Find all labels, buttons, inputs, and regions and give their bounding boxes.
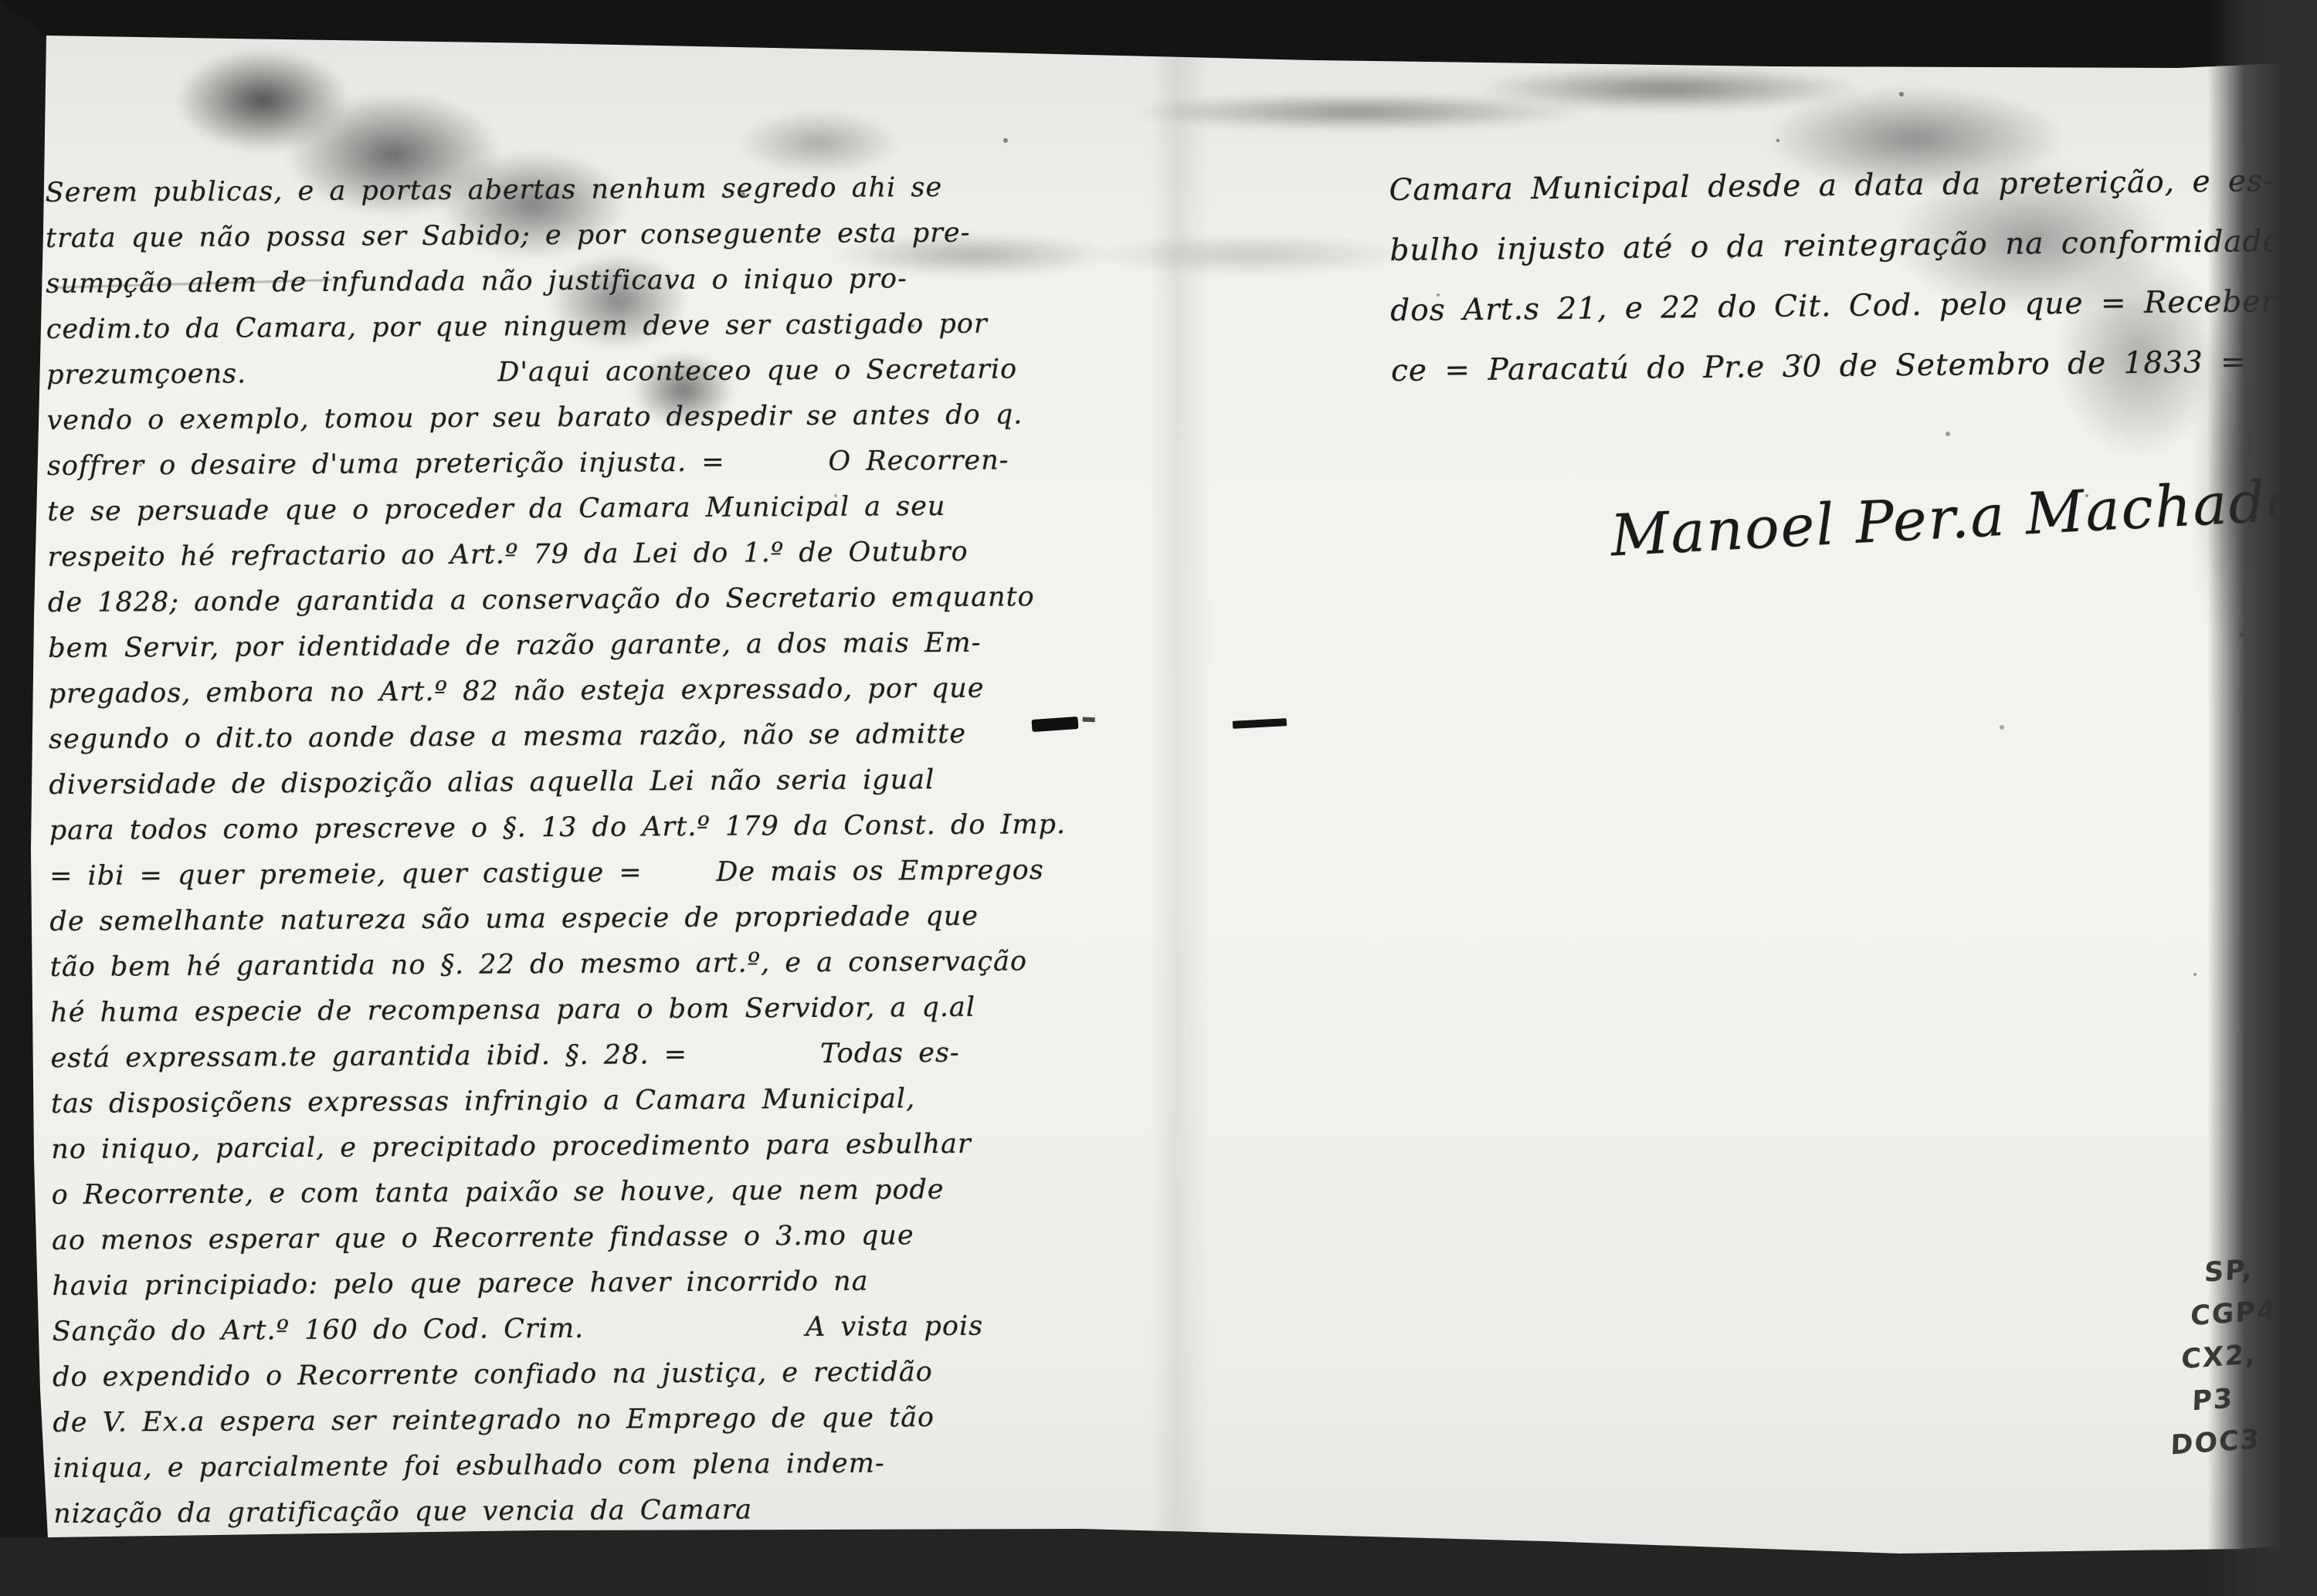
manuscript-line: havia principiado: pelo que parece haver… (52, 1265, 1071, 1316)
manuscript-line: dos Art.s 21, e 22 do Cit. Cod. pelo que… (1390, 284, 2295, 354)
manuscript-line: hé huma especie de recompensa para o bom… (50, 991, 1070, 1043)
manuscript-line: ce = Paracatú do Pr.e 30 de Setembro de … (1391, 344, 2295, 414)
manuscript-line: tas disposiçõens expressas infringio a C… (51, 1083, 1070, 1134)
manuscript-line: de 1828; aonde garantida a conservação d… (48, 581, 1067, 633)
manuscript-line: trata que não possa ser Sabido; e por co… (46, 217, 1065, 269)
manuscript-line: o Recorrente, e com tanta paixão se houv… (52, 1174, 1071, 1225)
manuscript-line: pregados, embora no Art.º 82 não esteja … (49, 673, 1068, 724)
manuscript-line: do expendido o Recorrente confiado na ju… (53, 1356, 1072, 1408)
manuscript-line: respeito hé refractario ao Art.º 79 da L… (47, 536, 1067, 588)
manuscript-scan: Serem publicas, e a portas abertas nenhu… (0, 0, 2317, 1596)
manuscript-line: prezumçoens. D'aqui aconteceo que o Secr… (46, 354, 1066, 405)
manuscript-line: Serem publicas, e a portas abertas nenhu… (46, 171, 1065, 223)
manuscript-line: te se persuade que o proceder da Camara … (47, 490, 1067, 542)
manuscript-line: ao menos esperar que o Recorrente findas… (52, 1219, 1071, 1271)
manuscript-line: iniqua, e parcialmente foi esbulhado com… (53, 1447, 1073, 1499)
manuscript-line: vendo o exemplo, tomou por seu barato de… (46, 399, 1066, 451)
manuscript-line: = ibi = quer premeie, quer castigue = De… (49, 855, 1069, 906)
manuscript-line: bulho injusto até o da reintegração na c… (1389, 224, 2294, 293)
manuscript-line: de semelhante natureza são uma especie d… (49, 900, 1069, 952)
manuscript-line: para todos como prescreve o §. 13 do Art… (49, 809, 1069, 861)
manuscript-line: diversidade de dispozição alias aquella … (49, 764, 1068, 815)
manuscript-line: cedim.to da Camara, por que ninguem deve… (46, 308, 1066, 360)
manuscript-line: no iniquo, parcial, e precipitado proced… (51, 1128, 1070, 1180)
manuscript-line: Camara Municipal desde a data da preteri… (1389, 164, 2293, 233)
manuscript-line: segundo o dit.to aonde dase a mesma razã… (49, 718, 1068, 770)
manuscript-line: tão bem hé garantida no §. 22 do mesmo a… (50, 946, 1070, 998)
manuscript-line: de V. Ex.a espera ser reintegrado no Emp… (53, 1401, 1072, 1453)
right-page-text: Camara Municipal desde a data da preteri… (1389, 164, 2295, 414)
manuscript-line: sumpção alem de infundada não justificav… (46, 263, 1065, 314)
manuscript-line: está expressam.te garantida ibid. §. 28.… (50, 1037, 1070, 1089)
manuscript-line: bem Servir, por identidade de razão gara… (48, 627, 1067, 679)
manuscript-line: soffrer o desaire d'uma preterição injus… (47, 445, 1067, 496)
scan-border-right (2207, 0, 2317, 1596)
manuscript-line: Sanção do Art.º 160 do Cod. Crim. A vist… (53, 1310, 1072, 1362)
left-page-text: Serem publicas, e a portas abertas nenhu… (46, 171, 1074, 1544)
